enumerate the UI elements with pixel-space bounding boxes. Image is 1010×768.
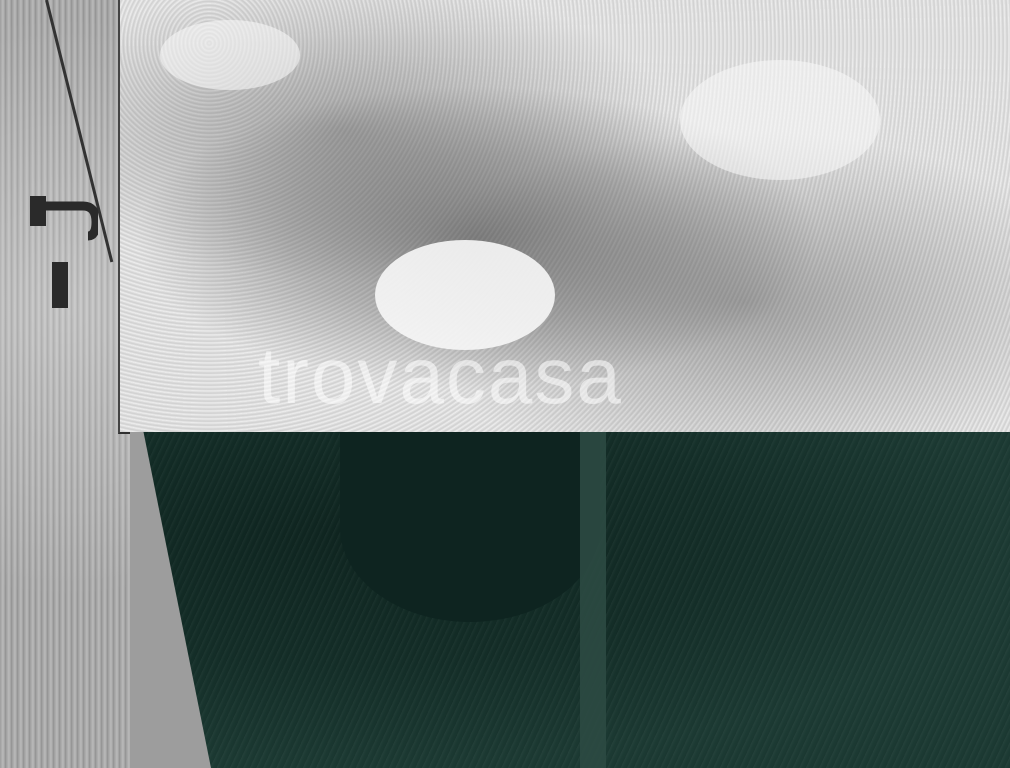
hook-icon [28, 192, 98, 252]
vertical-pole [580, 432, 606, 768]
light-spot [680, 60, 880, 180]
watermark: trovacasa [258, 330, 623, 422]
light-spot [160, 20, 300, 90]
hook-bracket [52, 262, 68, 308]
photo: trovacasa [0, 0, 1010, 768]
shadow-shape [340, 432, 600, 622]
